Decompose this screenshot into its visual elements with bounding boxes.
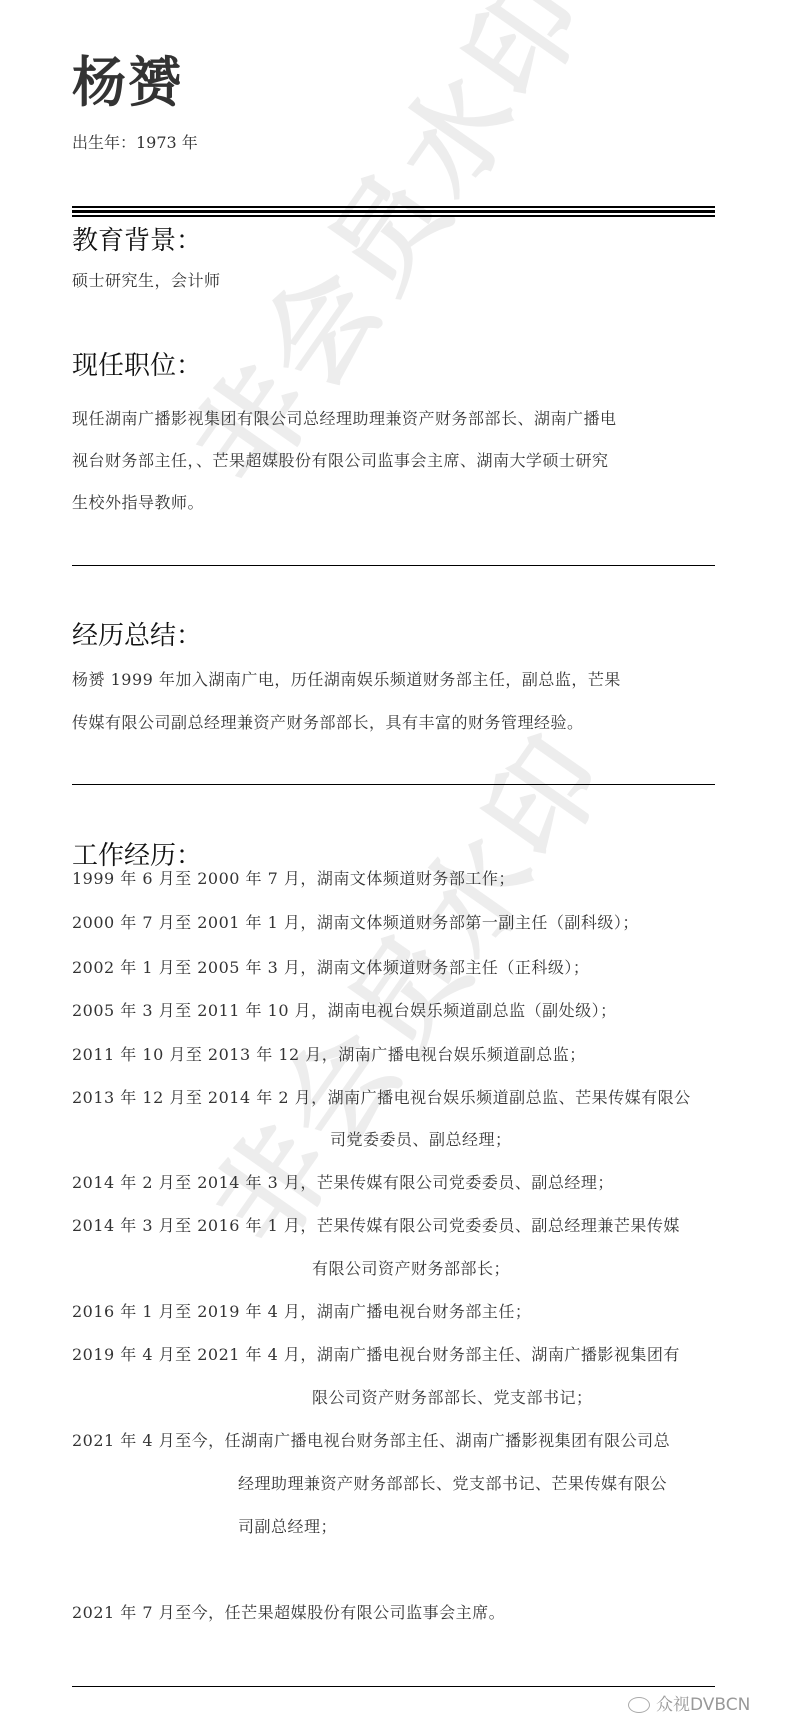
summary-heading: 经历总结： — [72, 615, 202, 652]
work-entry-continuation: 有限公司资产财务部部长； — [312, 1256, 510, 1279]
summary-line: 杨赟 1999 年加入湖南广电，历任湖南娱乐频道财务部主任，副总监，芒果 — [72, 667, 621, 690]
work-entry: 2005 年 3 月至 2011 年 10 月，湖南电视台娱乐频道副总监（副处级… — [72, 998, 617, 1021]
source-logo-text: 众视DVBCN — [656, 1695, 750, 1715]
work-entry-continuation: 经理助理兼资产财务部部长、党支部书记、芒果传媒有限公 — [238, 1471, 667, 1494]
summary-line: 传媒有限公司副总经理兼资产财务部部长，具有丰富的财务管理经验。 — [72, 710, 584, 733]
double-rule-bottom — [72, 215, 715, 217]
current-position-heading: 现任职位： — [72, 345, 202, 382]
work-entry: 2019 年 4 月至 2021 年 4 月，湖南广播电视台财务部主任、湖南广播… — [72, 1342, 680, 1365]
work-entry-continuation: 司副总经理； — [238, 1514, 337, 1537]
birth-year: 出生年：1973 年 — [72, 130, 198, 153]
watermark-text: 非会员水印 — [150, 0, 618, 511]
current-position-line: 现任湖南广播影视集团有限公司总经理助理兼资产财务部部长、湖南广播电 — [72, 406, 617, 429]
work-entry: 2014 年 3 月至 2016 年 1 月，芒果传媒有限公司党委委员、副总经理… — [72, 1213, 680, 1236]
work-entry-continuation: 限公司资产财务部部长、党支部书记； — [312, 1385, 593, 1408]
work-entry-continuation: 司党委委员、副总经理； — [330, 1127, 512, 1150]
work-entry: 2021 年 4 月至今，任湖南广播电视台财务部主任、湖南广播影视集团有限公司总 — [72, 1428, 670, 1451]
section-divider — [72, 784, 715, 785]
education-heading: 教育背景： — [72, 220, 202, 257]
work-entry: 2011 年 10 月至 2013 年 12 月，湖南广播电视台娱乐频道副总监； — [72, 1042, 586, 1065]
double-rule-top — [72, 206, 715, 208]
work-entry: 1999 年 6 月至 2000 年 7 月，湖南文体频道财务部工作； — [72, 866, 515, 889]
current-position-line: 生校外指导教师。 — [72, 490, 204, 513]
work-entry: 2016 年 1 月至 2019 年 4 月，湖南广播电视台财务部主任； — [72, 1299, 531, 1322]
education-text: 硕士研究生，会计师 — [72, 268, 221, 291]
person-name: 杨赟 — [72, 40, 184, 117]
work-entry: 2000 年 7 月至 2001 年 1 月，湖南文体频道财务部第一副主任（副科… — [72, 910, 639, 933]
wechat-icon — [628, 1697, 650, 1713]
source-logo: 众视DVBCN — [628, 1690, 750, 1715]
work-entry: 2014 年 2 月至 2014 年 3 月，芒果传媒有限公司党委委员、副总经理… — [72, 1170, 614, 1193]
section-divider — [72, 565, 715, 566]
section-divider — [72, 1686, 715, 1687]
double-rule-mid — [72, 210, 715, 213]
work-entry: 2021 年 7 月至今，任芒果超媒股份有限公司监事会主席。 — [72, 1600, 505, 1623]
current-position-line: 视台财务部主任，、芒果超媒股份有限公司监事会主席、湖南大学硕士研究 — [72, 448, 609, 471]
work-entry: 2002 年 1 月至 2005 年 3 月，湖南文体频道财务部主任（正科级）； — [72, 955, 589, 978]
work-entry: 2013 年 12 月至 2014 年 2 月，湖南广播电视台娱乐频道副总监、芒… — [72, 1085, 691, 1108]
